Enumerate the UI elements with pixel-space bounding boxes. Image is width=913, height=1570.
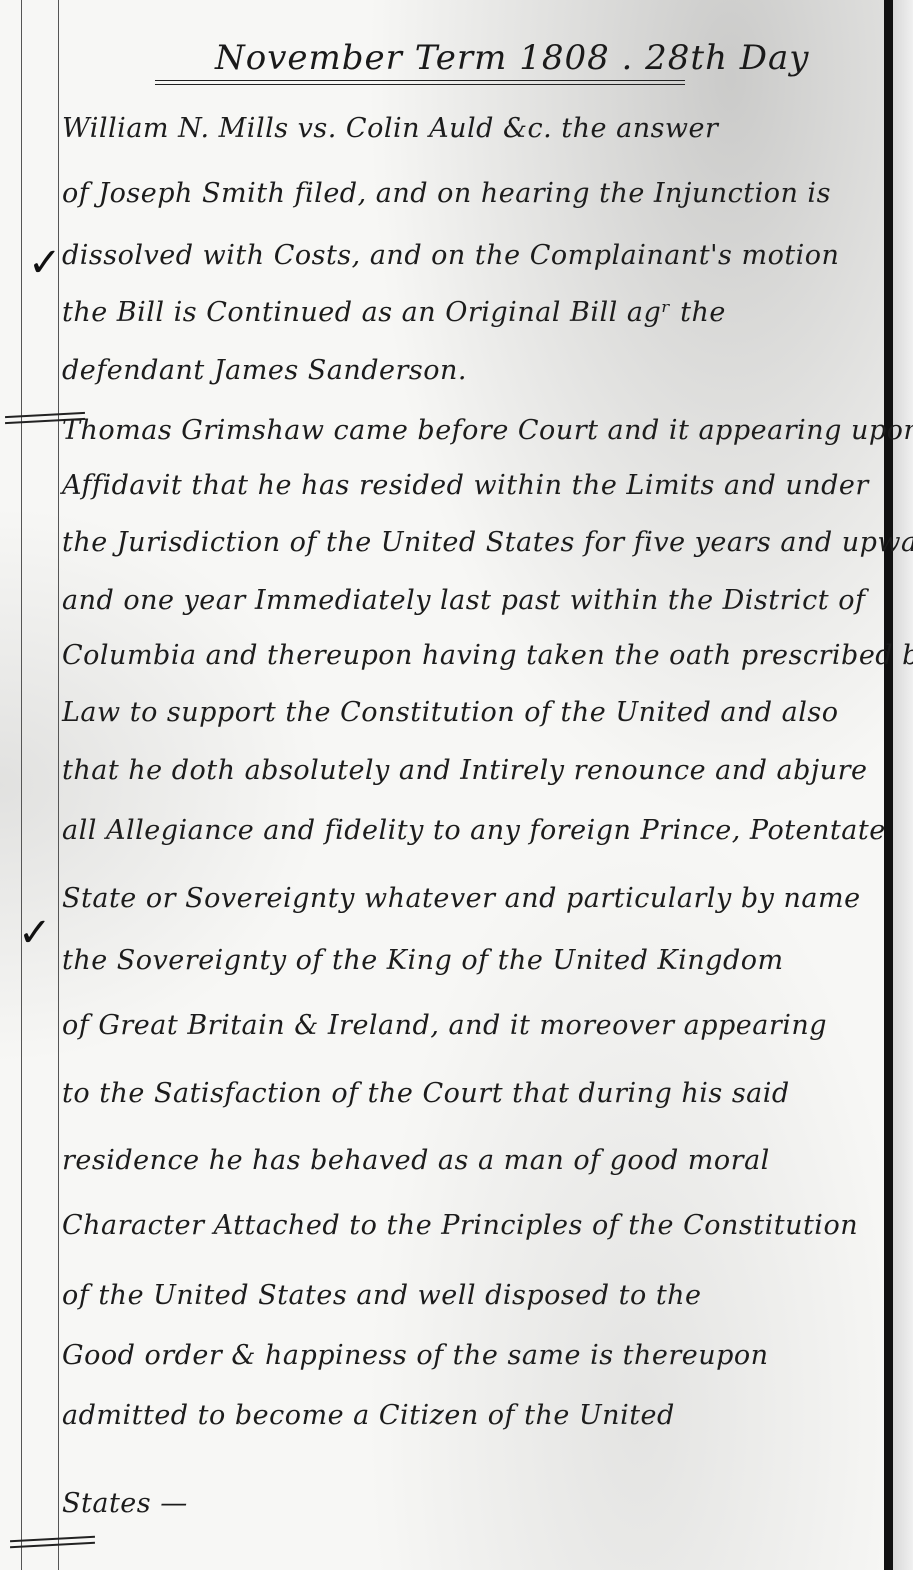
entry-2-line-4: and one year Immediately last past withi… [62,585,865,616]
page-header-term-date: November Term 1808 . 28th Day [215,38,775,78]
entry-2-line-2: Affidavit that he has resided within the… [62,470,869,501]
entry-2-line-3: the Jurisdiction of the United States fo… [62,527,913,558]
entry-2-line-5: Columbia and thereupon having taken the … [62,640,913,671]
entry-2-line-6: Law to support the Constitution of the U… [62,697,839,728]
entry-1-line-2: of Joseph Smith filed, and on hearing th… [62,178,831,209]
entry-2-line-9: State or Sovereignty whatever and partic… [62,883,861,914]
margin-rule-outer [21,0,22,1570]
entry-2-line-11: of Great Britain & Ireland, and it moreo… [62,1010,827,1041]
entry-2-line-17: admitted to become a Citizen of the Unit… [62,1400,675,1431]
entry-divider [10,1542,95,1548]
entry-1-line-3: dissolved with Costs, and on the Complai… [62,240,839,271]
book-binding-edge [884,0,893,1570]
entry-2-line-8: all Allegiance and fidelity to any forei… [62,815,886,846]
entry-2-line-14: Character Attached to the Principles of … [62,1210,858,1241]
manuscript-page: November Term 1808 . 28th Day William N.… [0,0,913,1570]
entry-2-line-13: residence he has behaved as a man of goo… [62,1145,770,1176]
entry-2-line-15: of the United States and well disposed t… [62,1280,702,1311]
entry-2-line-1: Thomas Grimshaw came before Court and it… [62,415,913,446]
entry-2-line-7: that he doth absolutely and Intirely ren… [62,755,868,786]
entry-2-line-10: the Sovereignty of the King of the Unite… [62,945,784,976]
header-underline [155,80,685,85]
entry-1-line-5: defendant James Sanderson. [62,355,467,386]
entry-1-line-1: William N. Mills vs. Colin Auld &c. the … [62,113,718,144]
margin-rule-inner [58,0,59,1570]
book-gutter [893,0,913,1570]
entry-2-line-16: Good order & happiness of the same is th… [62,1340,769,1371]
entry-1-line-4: the Bill is Continued as an Original Bil… [62,297,726,328]
check-mark-icon: ✓ [28,240,62,286]
check-mark-icon: ✓ [18,910,52,956]
entry-2-line-12: to the Satisfaction of the Court that du… [62,1078,790,1109]
entry-2-line-18: States — [62,1488,188,1519]
entry-divider [10,1536,95,1542]
